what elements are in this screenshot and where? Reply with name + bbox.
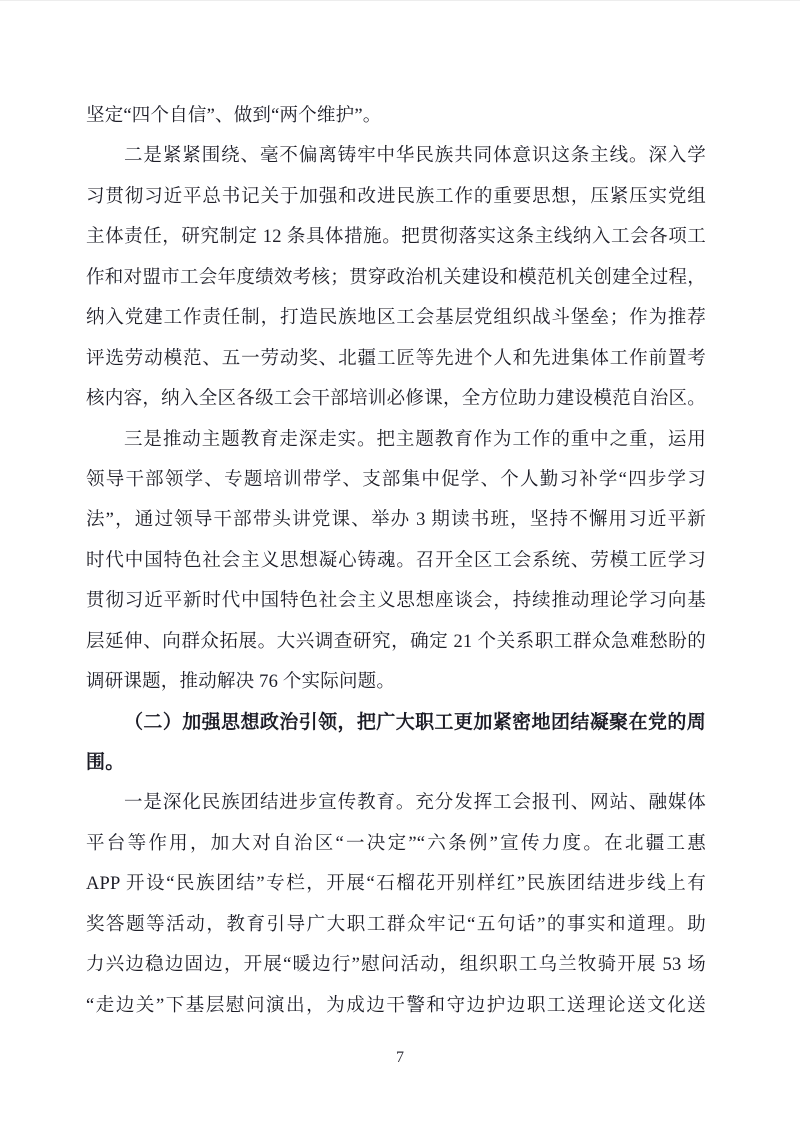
text-line: 调研课题，推动解决 76 个实际问题。 bbox=[86, 662, 706, 702]
text-line: 作和对盟市工会年度绩效考核；贯穿政治机关建设和模范机关创建全过程， bbox=[86, 258, 706, 298]
text-line: 贯彻习近平新时代中国特色社会主义思想座谈会，持续推动理论学习向基 bbox=[86, 581, 706, 621]
text-line: 法”，通过领导干部带头讲党课、举办 3 期读书班，坚持不懈用习近平新 bbox=[86, 500, 706, 540]
section-heading-line: （二）加强思想政治引领，把广大职工更加紧密地团结凝聚在党的周 bbox=[86, 703, 706, 743]
text-line: 坚定“四个自信”、做到“两个维护”。 bbox=[86, 96, 706, 136]
text-line: 纳入党建工作责任制，打造民族地区工会基层党组织战斗堡垒；作为推荐 bbox=[86, 298, 706, 338]
text-line: 习贯彻习近平总书记关于加强和改进民族工作的重要思想，压紧压实党组 bbox=[86, 177, 706, 217]
text-line: 核内容，纳入全区各级工会干部培训必修课，全方位助力建设模范自治区。 bbox=[86, 379, 706, 419]
text-line: “走边关”下基层慰问演出，为成边干警和守边护边职工送理论送文化送 bbox=[86, 986, 706, 1026]
text-line: 主体责任，研究制定 12 条具体措施。把贯彻落实这条主线纳入工会各项工 bbox=[86, 217, 706, 257]
section-heading-line: 围。 bbox=[86, 743, 706, 783]
text-line: 领导干部领学、专题培训带学、支部集中促学、个人勤习补学“四步学习 bbox=[86, 460, 706, 500]
text-line: 层延伸、向群众拓展。大兴调查研究，确定 21 个关系职工群众急难愁盼的 bbox=[86, 622, 706, 662]
text-line: 奖答题等活动，教育引导广大职工群众牢记“五句话”的事实和道理。助 bbox=[86, 905, 706, 945]
document-body: 坚定“四个自信”、做到“两个维护”。 二是紧紧围绕、毫不偏离铸牢中华民族共同体意… bbox=[86, 96, 706, 1026]
text-line: 评选劳动模范、五一劳动奖、北疆工匠等先进个人和先进集体工作前置考 bbox=[86, 339, 706, 379]
document-page: 坚定“四个自信”、做到“两个维护”。 二是紧紧围绕、毫不偏离铸牢中华民族共同体意… bbox=[0, 0, 800, 1131]
text-line: 二是紧紧围绕、毫不偏离铸牢中华民族共同体意识这条主线。深入学 bbox=[86, 136, 706, 176]
text-line: APP 开设“民族团结”专栏，开展“石榴花开别样红”民族团结进步线上有 bbox=[86, 864, 706, 904]
text-line: 力兴边稳边固边，开展“暖边行”慰问活动，组织职工乌兰牧骑开展 53 场 bbox=[86, 945, 706, 985]
text-line: 时代中国特色社会主义思想凝心铸魂。召开全区工会系统、劳模工匠学习 bbox=[86, 541, 706, 581]
page-number: 7 bbox=[0, 1047, 800, 1069]
text-line: 平台等作用，加大对自治区“一决定”“六条例”宣传力度。在北疆工惠 bbox=[86, 824, 706, 864]
text-line: 一是深化民族团结进步宣传教育。充分发挥工会报刊、网站、融媒体 bbox=[86, 783, 706, 823]
text-line: 三是推动主题教育走深走实。把主题教育作为工作的重中之重，运用 bbox=[86, 420, 706, 460]
